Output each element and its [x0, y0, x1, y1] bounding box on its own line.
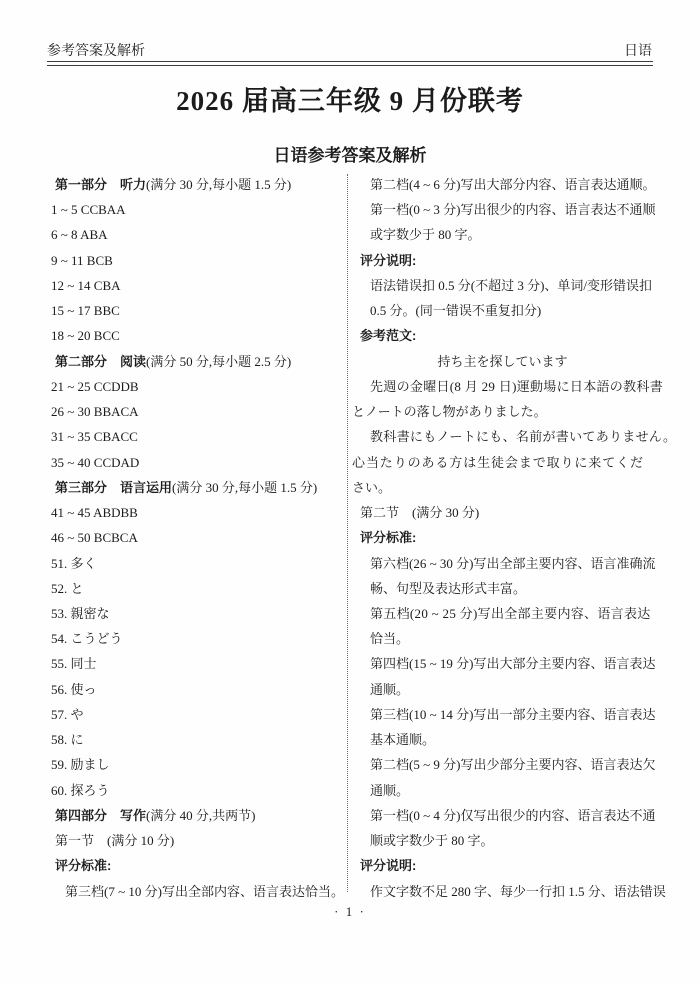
bold-text: 评分说明:	[360, 858, 416, 873]
text-line: 第二档(4 ~ 6 分)写出大部分内容、语言表达通顺。	[352, 172, 653, 197]
section-heading: 第四部分 写作(满分 40 分,共两节)	[47, 803, 341, 828]
text-line: 或字数少于 80 字。	[352, 222, 653, 247]
body-text: 第二档(4 ~ 6 分)写出大部分内容、语言表达通顺。	[370, 177, 655, 192]
answer-line: 31 ~ 35 CBACC	[47, 424, 341, 449]
body-text: (满分 30 分,每小题 1.5 分)	[172, 480, 317, 495]
body-text: 第五档(20 ~ 25 分)写出全部主要内容、语言表达	[370, 606, 651, 621]
body-text: 心当たりのある方は生徒会まで取りに来てくだ	[352, 455, 644, 470]
doc-title: 2026 届高三年级 9 月份联考	[0, 84, 700, 118]
body-text: 先週の金曜日(8 月 29 日)運動場に日本語の教科書	[370, 379, 663, 394]
doc-subtitle: 日语参考答案及解析	[0, 141, 700, 166]
answer-line: 9 ~ 11 BCB	[47, 248, 341, 273]
body-text: 持ち主を探しています	[437, 354, 567, 369]
body-text: 0.5 分。(同一错误不重复扣分)	[370, 303, 541, 318]
page-header-right: 日语	[624, 40, 652, 60]
body-text: 第三档(10 ~ 14 分)写出一部分主要内容、语言表达	[370, 707, 655, 722]
text-line: 第四档(15 ~ 19 分)写出大部分主要内容、语言表达	[352, 651, 653, 676]
page-header-left: 参考答案及解析	[47, 40, 145, 60]
answer-line: 52. と	[47, 576, 341, 601]
right-column: 第二档(4 ~ 6 分)写出大部分内容、语言表达通顺。 第一档(0 ~ 3 分)…	[352, 172, 653, 904]
text-line: 第五档(20 ~ 25 分)写出全部主要内容、语言表达	[352, 601, 653, 626]
body-text: 第三档(7 ~ 10 分)写出全部内容、语言表达恰当。	[65, 884, 344, 899]
body-text: 12 ~ 14 CBA	[51, 278, 121, 293]
body-text: 53. 親密な	[51, 606, 110, 621]
criteria-label: 评分标准:	[47, 853, 341, 878]
text-line: 畅、句型及表达形式丰富。	[352, 576, 653, 601]
document-page: 参考答案及解析 日语 2026 届高三年级 9 月份联考 日语参考答案及解析 第…	[0, 0, 700, 983]
text-line: 第二档(5 ~ 9 分)写出少部分主要内容、语言表达欠	[352, 752, 653, 777]
text-line: とノートの落し物がありました。	[352, 399, 653, 424]
body-text: とノートの落し物がありました。	[352, 404, 547, 419]
body-text: 6 ~ 8 ABA	[51, 227, 108, 242]
text-line: 顺或字数少于 80 字。	[352, 828, 653, 853]
column-divider	[347, 174, 348, 892]
answer-line: 59. 励まし	[47, 752, 341, 777]
body-text: 55. 同士	[51, 656, 97, 671]
body-text: 第四档(15 ~ 19 分)写出大部分主要内容、语言表达	[370, 656, 655, 671]
body-text: 51. 多く	[51, 556, 97, 571]
bold-text: 第一部分 听力	[55, 177, 146, 192]
answer-line: 15 ~ 17 BBC	[47, 298, 341, 323]
body-text: 语法错误扣 0.5 分(不超过 3 分)、单词/变形错误扣	[370, 278, 652, 293]
text-line: 心当たりのある方は生徒会まで取りに来てくだ	[352, 450, 653, 475]
text-line: 教科書にもノートにも、名前が書いてありません。	[352, 424, 653, 449]
body-text: 第一档(0 ~ 3 分)写出很少的内容、语言表达不通顺	[370, 202, 655, 217]
body-text: 第六档(26 ~ 30 分)写出全部主要内容、语言准确流	[370, 556, 655, 571]
bold-text: 评分标准:	[55, 858, 111, 873]
body-text: 31 ~ 35 CBACC	[51, 429, 138, 444]
body-text: 41 ~ 45 ABDBB	[51, 505, 138, 520]
answer-line: 57. や	[47, 702, 341, 727]
body-text: 9 ~ 11 BCB	[51, 253, 113, 268]
answer-line: 35 ~ 40 CCDAD	[47, 450, 341, 475]
text-line: 第一节 (满分 10 分)	[47, 828, 341, 853]
body-text: 59. 励まし	[51, 757, 110, 772]
answer-line: 55. 同士	[47, 651, 341, 676]
body-text: 通顺。	[370, 682, 409, 697]
body-text: 第二档(5 ~ 9 分)写出少部分主要内容、语言表达欠	[370, 757, 655, 772]
text-line: さい。	[352, 475, 653, 500]
criteria-label: 评分标准:	[352, 525, 653, 550]
body-text: 畅、句型及表达形式丰富。	[370, 581, 526, 596]
text-line: 基本通顺。	[352, 727, 653, 752]
body-text: 52. と	[51, 581, 84, 596]
answer-line: 53. 親密な	[47, 601, 341, 626]
text-line: 第三档(10 ~ 14 分)写出一部分主要内容、语言表达	[352, 702, 653, 727]
header-double-rule	[47, 61, 653, 66]
bold-text: 第四部分 写作	[55, 808, 146, 823]
body-text: 或字数少于 80 字。	[370, 227, 481, 242]
section-heading: 第一部分 听力(满分 30 分,每小题 1.5 分)	[47, 172, 341, 197]
body-text: 58. に	[51, 732, 84, 747]
text-line: 通顺。	[352, 677, 653, 702]
answer-line: 41 ~ 45 ABDBB	[47, 500, 341, 525]
answer-line: 12 ~ 14 CBA	[47, 273, 341, 298]
bold-text: 评分标准:	[360, 530, 416, 545]
body-text: 57. や	[51, 707, 84, 722]
criteria-label: 参考范文:	[352, 323, 653, 348]
section-heading: 第三部分 语言运用(满分 30 分,每小题 1.5 分)	[47, 475, 341, 500]
bold-text: 评分说明:	[360, 253, 416, 268]
bold-text: 第三部分 语言运用	[55, 480, 172, 495]
body-text: 35 ~ 40 CCDAD	[51, 455, 139, 470]
text-line: 第一档(0 ~ 4 分)仅写出很少的内容、语言表达不通	[352, 803, 653, 828]
body-text: 15 ~ 17 BBC	[51, 303, 120, 318]
criteria-label: 评分说明:	[352, 248, 653, 273]
body-text: 26 ~ 30 BBACA	[51, 404, 139, 419]
text-line: 第三档(7 ~ 10 分)写出全部内容、语言表达恰当。	[47, 879, 341, 904]
body-text: 56. 使っ	[51, 682, 97, 697]
body-text: 基本通顺。	[370, 732, 435, 747]
answer-line: 21 ~ 25 CCDDB	[47, 374, 341, 399]
body-text: 顺或字数少于 80 字。	[370, 833, 494, 848]
body-text: (满分 50 分,每小题 2.5 分)	[146, 354, 291, 369]
body-text: 46 ~ 50 BCBCA	[51, 530, 138, 545]
left-column: 第一部分 听力(满分 30 分,每小题 1.5 分) 1 ~ 5 CCBAA 6…	[47, 172, 341, 904]
answer-line: 58. に	[47, 727, 341, 752]
section-heading: 第二部分 阅读(满分 50 分,每小题 2.5 分)	[47, 349, 341, 374]
text-line: 第六档(26 ~ 30 分)写出全部主要内容、语言准确流	[352, 551, 653, 576]
bold-text: 参考范文:	[360, 328, 416, 343]
text-line: 第一档(0 ~ 3 分)写出很少的内容、语言表达不通顺	[352, 197, 653, 222]
answer-line: 46 ~ 50 BCBCA	[47, 525, 341, 550]
text-line: 作文字数不足 280 字、每少一行扣 1.5 分、语法错误	[352, 879, 653, 904]
text-line: 语法错误扣 0.5 分(不超过 3 分)、单词/变形错误扣	[352, 273, 653, 298]
answer-line: 60. 探ろう	[47, 778, 341, 803]
body-text: 60. 探ろう	[51, 783, 110, 798]
answer-line: 6 ~ 8 ABA	[47, 222, 341, 247]
body-text: 18 ~ 20 BCC	[51, 328, 120, 343]
body-text: さい。	[352, 480, 391, 495]
answer-line: 56. 使っ	[47, 677, 341, 702]
body-text: 通顺。	[370, 783, 409, 798]
essay-title: 持ち主を探しています	[352, 349, 653, 374]
body-text: 教科書にもノートにも、名前が書いてありません。	[370, 429, 676, 444]
body-text: 第一档(0 ~ 4 分)仅写出很少的内容、语言表达不通	[370, 808, 655, 823]
answer-line: 18 ~ 20 BCC	[47, 323, 341, 348]
bold-text: 第二部分 阅读	[55, 354, 146, 369]
text-line: 先週の金曜日(8 月 29 日)運動場に日本語の教科書	[352, 374, 653, 399]
body-text: 54. こうどう	[51, 631, 123, 646]
text-line: 通顺。	[352, 778, 653, 803]
criteria-label: 评分说明:	[352, 853, 653, 878]
answer-line: 54. こうどう	[47, 626, 341, 651]
body-text: (满分 30 分,每小题 1.5 分)	[146, 177, 291, 192]
text-line: 0.5 分。(同一错误不重复扣分)	[352, 298, 653, 323]
body-text: 作文字数不足 280 字、每少一行扣 1.5 分、语法错误	[370, 884, 666, 899]
body-text: 1 ~ 5 CCBAA	[51, 202, 126, 217]
body-text: (满分 40 分,共两节)	[146, 808, 255, 823]
page-number: · 1 ·	[0, 904, 700, 920]
body-text: 第二节 (满分 30 分)	[360, 505, 479, 520]
text-line: 恰当。	[352, 626, 653, 651]
answer-line: 51. 多く	[47, 551, 341, 576]
text-line: 第二节 (满分 30 分)	[352, 500, 653, 525]
body-text: 恰当。	[370, 631, 409, 646]
answer-line: 26 ~ 30 BBACA	[47, 399, 341, 424]
body-text: 21 ~ 25 CCDDB	[51, 379, 139, 394]
answer-line: 1 ~ 5 CCBAA	[47, 197, 341, 222]
body-text: 第一节 (满分 10 分)	[55, 833, 174, 848]
